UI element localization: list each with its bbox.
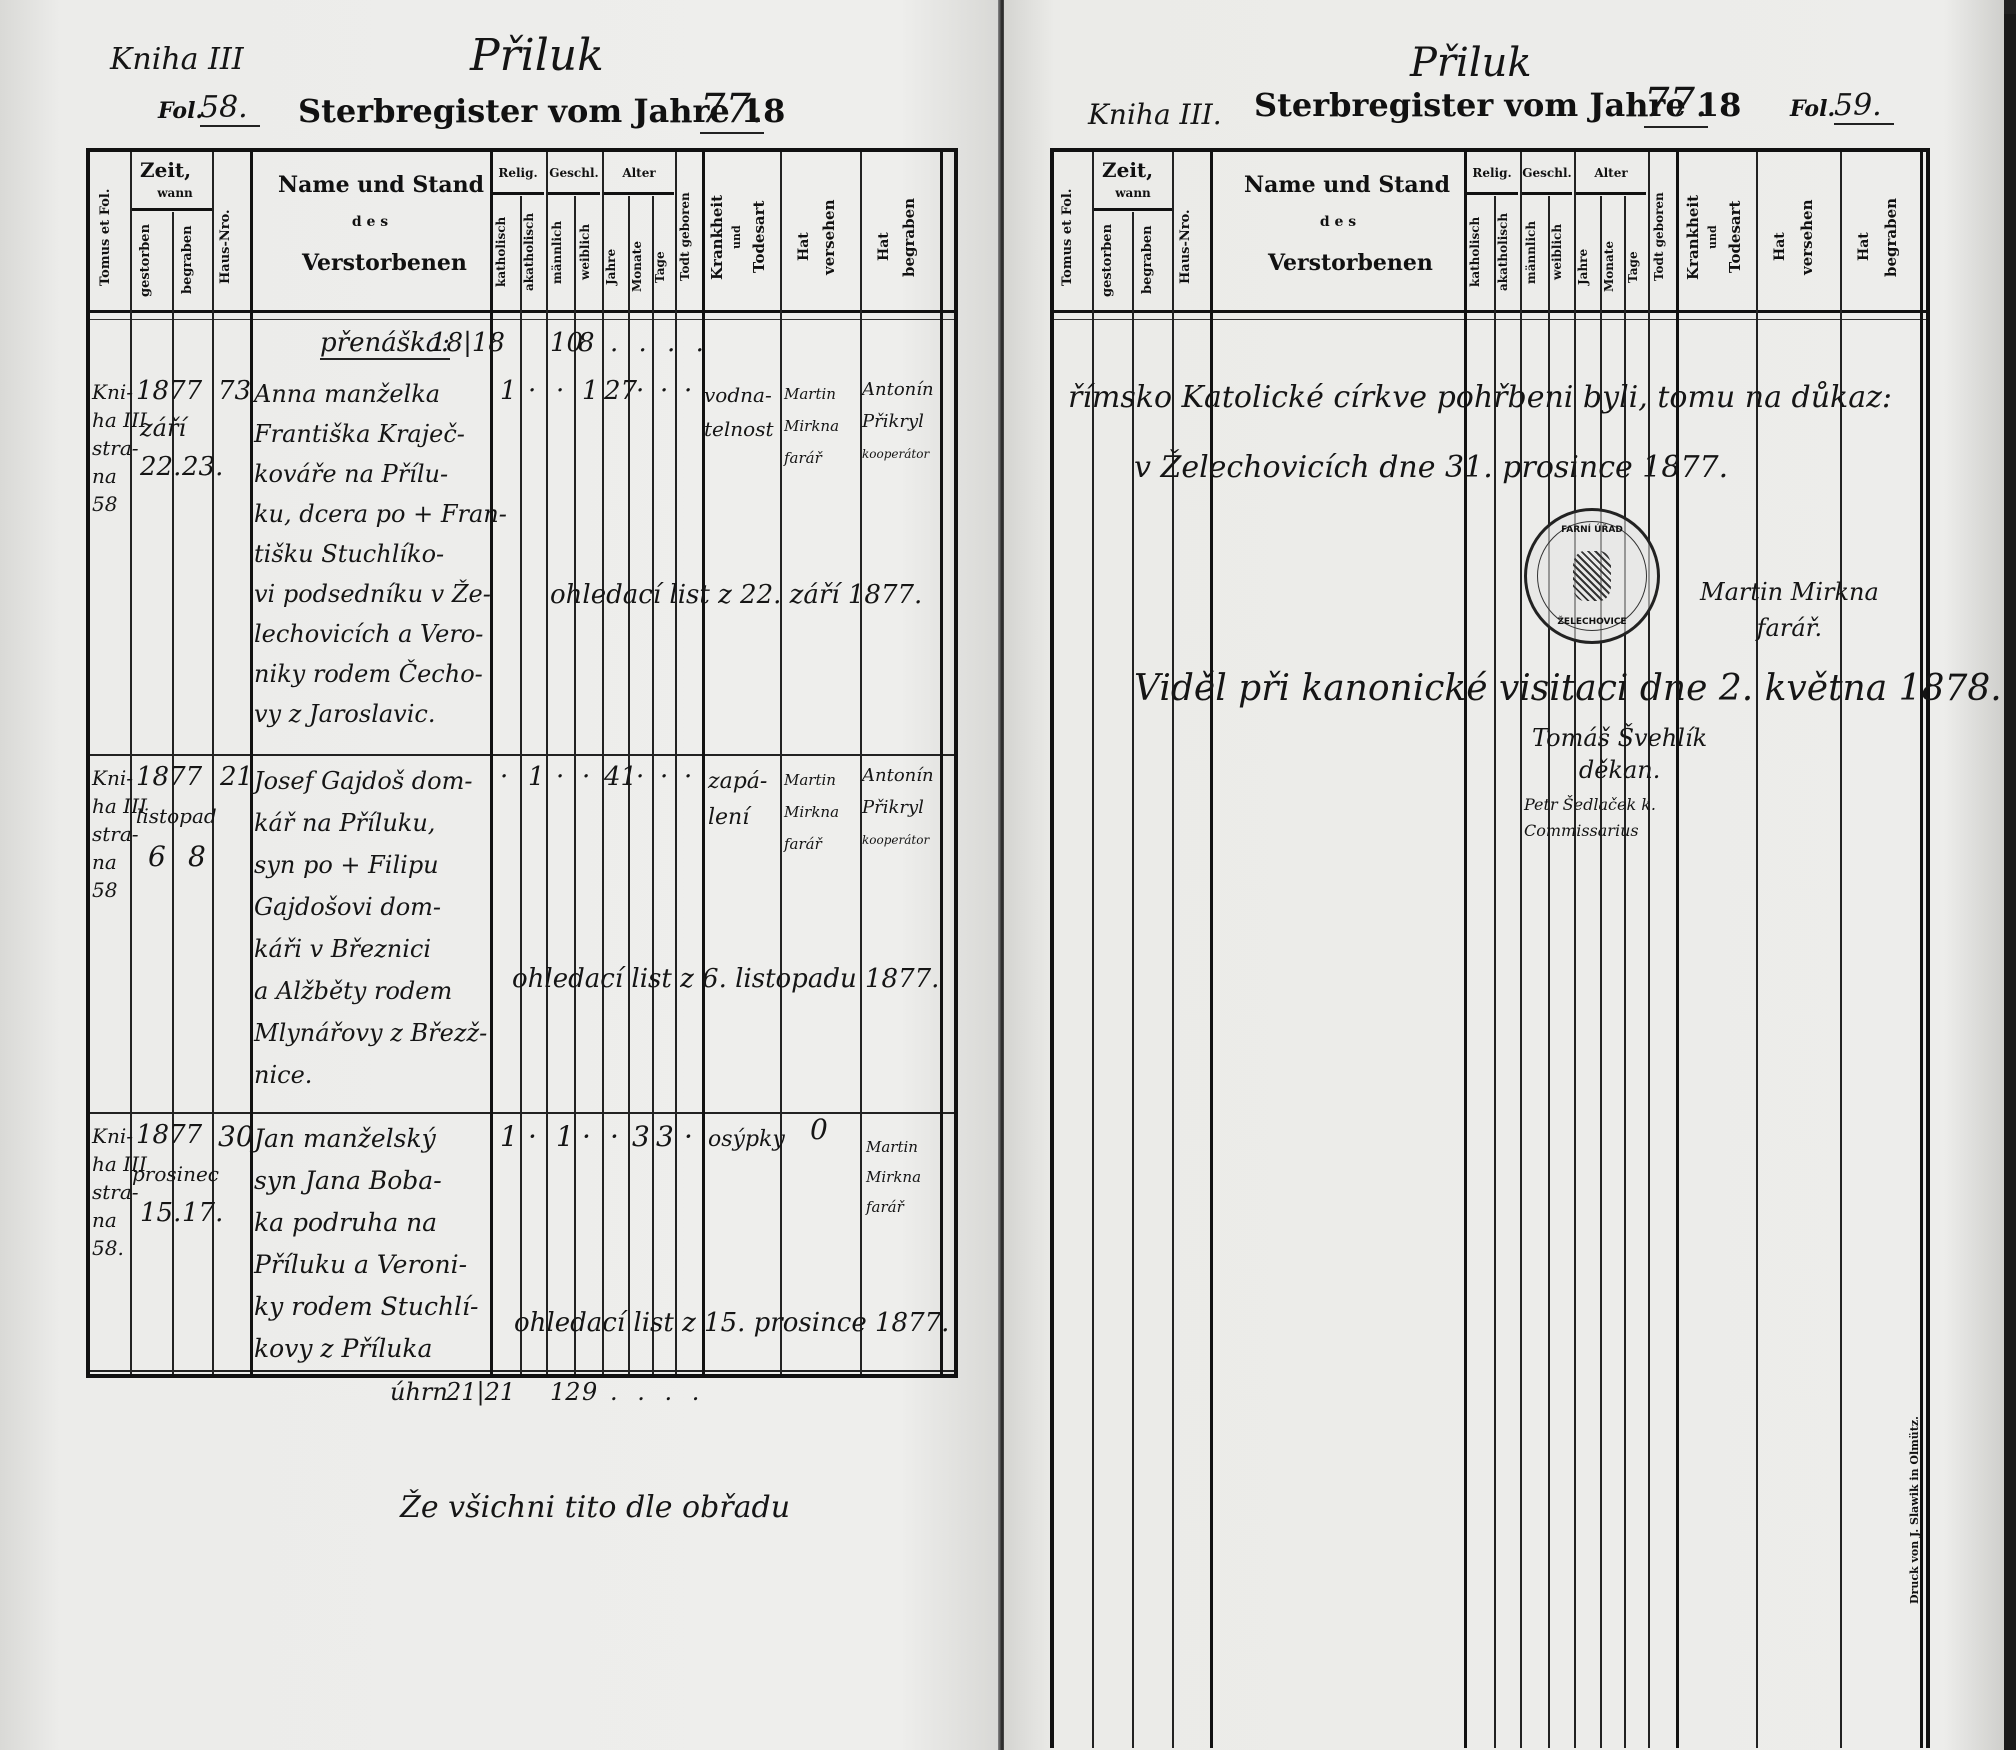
tomus-line: na [92,848,130,876]
commissar-signature: Petr Šedlaček k. Commissarius [1524,792,1656,844]
entry-age-days: · [660,762,668,792]
entry-month: prosinec [132,1162,219,1186]
header-krankheit: Krankheit [708,172,732,302]
header-jahre: Jahre [1576,232,1600,302]
header-begraben-2: begraben [900,172,926,302]
entry-age-days: · [660,376,668,406]
entry-buried-day: 23. [182,452,223,482]
seal-emblem-icon [1573,551,1611,601]
entry-male: · [556,762,564,792]
header-verstorbenen: Verstorbenen [1268,250,1433,276]
header-zeit: Zeit, [140,158,191,182]
entry-died-day: 15. [140,1198,181,1228]
header-hat-1: Hat [1772,192,1794,302]
header-des: d e s [280,214,460,230]
entry-stillborn: · [684,376,692,406]
closing-note: Že všichni tito dle obřadu [400,1490,790,1525]
visitation-note: Viděl při kanonické visitaci dne 2. květ… [1134,668,2002,709]
header-gestorben: gestorben [1100,218,1126,302]
entry-burier: Antonín Přikryl kooperátor [862,760,934,856]
entry-male: · [556,376,564,406]
header-und: und [730,172,750,302]
tomus-line: stra- [92,434,130,462]
entry-died-day: 6 [148,840,166,873]
register-year: 77. [700,86,764,134]
volume-note: Kniha III [110,42,244,77]
header-separator [90,310,954,320]
tomus-line: Kni- [92,764,130,792]
header-tage: Tage [653,232,675,302]
header-tomus: Tomus et Fol. [98,172,124,302]
carryover-female: 8 [578,328,595,358]
header-separator [1054,310,1926,320]
carryover-dots: . . . . [610,328,710,358]
header-akatholisch: akatholisch [1496,202,1520,302]
folio-label: Fol. [158,98,203,124]
folio-number: 59. [1834,88,1894,125]
entry-female: 1 [582,376,599,406]
header-alter: Alter [604,166,674,180]
header-katholisch: katholisch [494,202,518,302]
header-jahre: Jahre [604,232,628,302]
printer-note: Druck von J. Slawik in Olmütz. [1908,1390,1926,1630]
entry-name-and-status: Josef Gajdoš dom- kář na Příluku, syn po… [254,760,487,1096]
tomus-line: stra- [92,820,130,848]
entry-inspection-note: ohledací list z 6. listopadu 1877. [512,964,939,994]
entry-female: · [582,762,590,792]
header-begraben: begraben [1140,218,1166,302]
entry-buried-day: 17. [182,1198,223,1228]
totals-female: 9 [582,1378,597,1406]
entry-burier: Martin Mirkna farář [866,1132,921,1222]
header-todesart: Todesart [750,172,776,302]
entry-akatholisch: · [528,376,536,406]
tomus-line: Kni- [92,1122,130,1150]
header-relig: Relig. [492,166,544,180]
entry-age-years: · [610,1120,619,1153]
pastor-signature: Martin Mirkna farář. [1700,574,1879,646]
parish-seal-stamp: FARNÍ ÚŘAD ŽELECHOVICE [1524,508,1660,644]
entry-burier: Antonín Přikryl kooperátor [862,374,934,470]
entry-buried-day: 8 [188,840,206,873]
header-todt-geboren: Todt geboren [678,172,700,302]
carryover-kath: 18|18 [430,328,505,358]
header-krankheit: Krankheit [1684,172,1708,302]
tomus-line: ha III [92,1150,130,1178]
place-handwritten: Přiluk [1410,40,1532,86]
seal-top-text: FARNÍ ÚŘAD [1527,525,1657,535]
header-hat-1: Hat [796,192,818,302]
totals-male: 12 [550,1378,581,1406]
entry-katholisch: 1 [500,1120,518,1153]
header-name-und-stand: Name und Stand [1244,172,1450,198]
header-hat-2: Hat [1856,192,1878,302]
right-page: Kniha III. Přiluk Sterbregister vom Jahr… [1004,0,2004,1750]
folio-number: 58. [200,90,260,127]
header-begraben-2: begraben [1882,172,1908,302]
entry-year: 1877 [136,762,202,792]
header-zeit: Zeit, [1102,158,1153,182]
header-todt-geboren: Todt geboren [1652,172,1674,302]
header-name-und-stand: Name und Stand [278,172,484,198]
header-maennlich: männlich [550,202,574,302]
header-versehen: versehen [820,172,846,302]
tomus-line: 58 [92,490,130,518]
entry-cause: zapá- lení [708,764,767,836]
header-und: und [1706,172,1726,302]
tomus-line: na [92,462,130,490]
entry-month: listopad [136,804,217,828]
entry-age-months: · [636,762,644,792]
entry-male: 1 [556,1120,574,1153]
header-haus-nro: Haus-Nro. [1178,192,1204,302]
header-versehen: versehen [1798,172,1824,302]
header-relig: Relig. [1466,166,1518,180]
row-separator [90,1370,954,1372]
entry-house-no: 21 [220,762,253,792]
row-separator [90,754,954,756]
header-monate: Monate [1602,232,1624,302]
dean-signature: Tomáš Švehlík děkan. [1532,722,1707,786]
header-katholisch: katholisch [1468,202,1492,302]
header-geschl: Geschl. [1522,166,1572,180]
header-geschl: Geschl. [548,166,600,180]
entry-age-days: 3 [656,1120,674,1153]
entry-name-and-status: Anna manželka Františka Kraječ- kováře n… [254,374,507,734]
header-akatholisch: akatholisch [522,202,546,302]
entry-stillborn: · [684,1120,693,1153]
entry-akatholisch: · [528,1120,537,1153]
volume-note: Kniha III. [1088,98,1222,131]
tomus-line: stra- [92,1178,130,1206]
header-begraben: begraben [180,218,206,302]
entry-month: září [140,414,186,442]
entry-age-months: 3 [632,1120,650,1153]
entry-cause: vodna- telnost [704,378,774,446]
header-haus-nro: Haus-Nro. [218,192,244,302]
entry-inspection-note: ohledací list z 22. září 1877. [550,580,922,610]
tomus-line: ha III [92,792,130,820]
entry-priest: Martin Mirkna farář [784,764,839,860]
entry-house-no: 30 [218,1120,254,1153]
left-page: Kniha III Fol. 58. Přiluk Sterbregister … [0,0,1000,1750]
header-gestorben: gestorben [138,218,164,302]
header-tage: Tage [1626,232,1648,302]
entry-year: 1877 [136,1120,202,1150]
header-maennlich: männlich [1524,202,1548,302]
header-wann: wann [140,186,210,200]
entry-akatholisch: 1 [528,762,545,792]
entry-age-years: 27 [604,376,637,406]
entry-female: · [582,1120,591,1153]
entry-died-day: 22. [140,452,181,482]
tomus-line: 58. [92,1234,130,1262]
totals-kath: 21|21 [446,1378,515,1406]
entry-priest: 0 [810,1114,828,1146]
entry-priest: Martin Mirkna farář [784,378,839,474]
entry-age-months: · [636,376,644,406]
header-weiblich: weiblich [1550,202,1574,302]
register-table-left: Tomus et Fol. Zeit, wann gestorben begra… [86,148,958,1378]
header-weiblich: weiblich [578,202,602,302]
header-tomus: Tomus et Fol. [1060,172,1086,302]
header-alter: Alter [1576,166,1646,180]
continuation-line-1: římsko Katolické církve pohřbeni byli, t… [1068,380,1892,415]
tomus-line: ha III [92,406,130,434]
totals-label: úhrn [390,1378,448,1406]
entry-age-years: 41 [604,762,637,792]
entry-katholisch: 1 [500,376,517,406]
continuation-line-2: v Želechovicích dne 31. prosince 1877. [1134,450,1728,485]
entry-cause: osýpky [708,1122,785,1158]
tomus-line: 58 [92,876,130,904]
entry-year: 1877 [136,376,202,406]
tomus-line: Kni- [92,378,130,406]
entry-katholisch: · [500,762,508,792]
header-wann: wann [1098,186,1168,200]
entry-stillborn: · [684,762,692,792]
entry-name-and-status: Jan manželský syn Jana Boba- ka podruha … [254,1118,479,1370]
register-year: 77. [1644,80,1708,128]
header-des: d e s [1248,214,1428,230]
seal-bottom-text: ŽELECHOVICE [1527,617,1657,627]
entry-inspection-note: ohledací list z 15. prosince 1877. [514,1308,949,1338]
totals-dots: . . . . [610,1378,705,1406]
place-handwritten: Přiluk [470,30,604,81]
tomus-line: na [92,1206,130,1234]
header-hat-2: Hat [876,192,898,302]
header-todesart: Todesart [1726,172,1752,302]
folio-label: Fol. [1790,96,1835,122]
header-verstorbenen: Verstorbenen [302,250,467,276]
header-monate: Monate [630,232,652,302]
entry-house-no: 73 [218,376,251,406]
